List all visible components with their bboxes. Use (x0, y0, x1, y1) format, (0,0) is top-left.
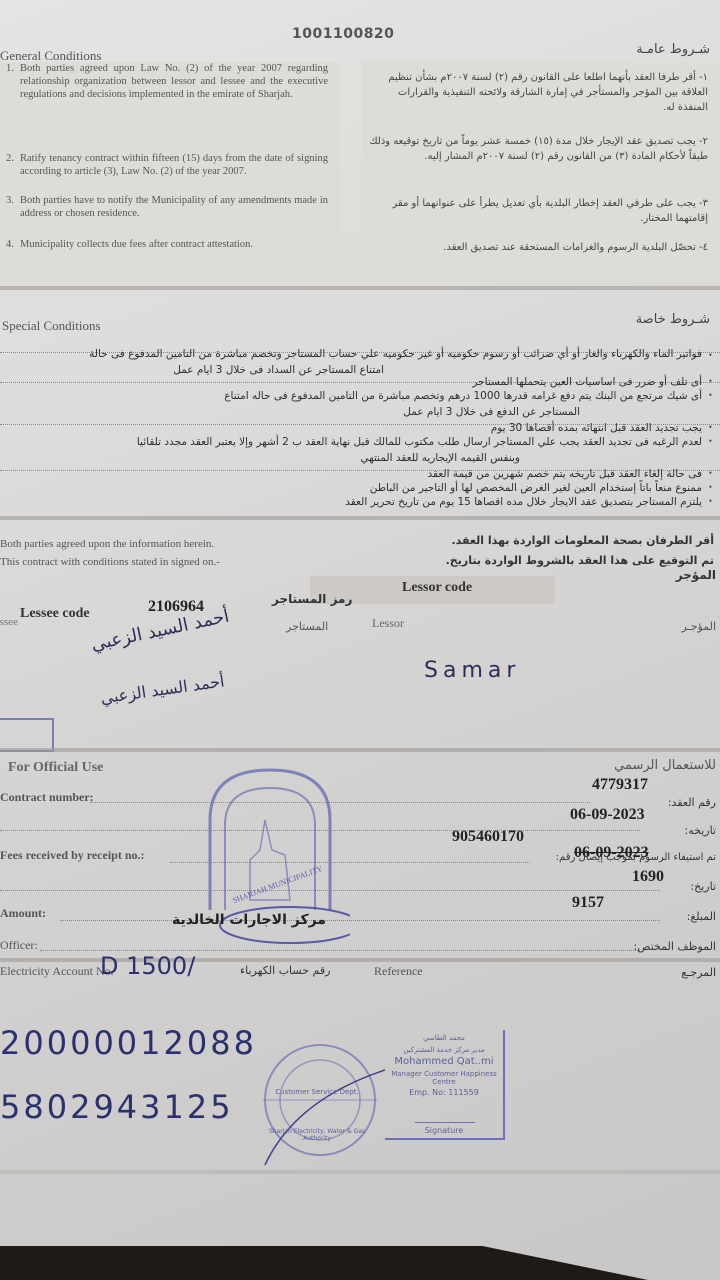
special-condition-line: يلتزم المستاجر بتصديق عقد الايجار خلال م… (345, 496, 702, 508)
officer-label-ar: الموظف المختص: (634, 940, 716, 953)
electricity-account-label-ar: رقم حساب الكهرباء (240, 964, 330, 977)
manager-title-ar: مدير مركز خدمة المشتركين (385, 1046, 503, 1054)
special-condition-line: وبنفس القيمه الإيجاريه للعقد المنتهي (360, 452, 520, 464)
lessor-code-label: Lessor code (402, 580, 472, 596)
handwritten-number-2: 5802943125 (0, 1088, 234, 1126)
special-conditions-title: Special Conditions (2, 318, 101, 334)
signature-label: Signature (385, 1126, 503, 1135)
contract-date-value: 06-09-2023 (570, 806, 645, 824)
official-use-title: For Official Use (8, 760, 103, 776)
lessor-label: Lessor (372, 616, 404, 631)
service-dept-stamp-icon (255, 1040, 385, 1170)
bullet-icon: • (709, 482, 712, 492)
special-condition-line: لعدم الرغبه فى تجديد العقد يجب علي المست… (137, 436, 702, 448)
general-condition-ar-4: ٤- تحصّل البلدية الرسوم والغرامات المستح… (368, 240, 708, 255)
agreement-text-2: This contract with conditions stated in … (0, 556, 220, 568)
special-condition-line: امتناع المستاجر عن السداد فى خلال 3 ايام… (173, 364, 384, 376)
lessee-code-label-ar: رمز المستاجر (272, 592, 352, 606)
special-condition-line: أى شيك مرتجع من البنك يتم دفع غرامه قدره… (224, 390, 702, 402)
special-condition-line: فواتير الماء والكهرباء والغاز أو أي ضرائ… (89, 348, 702, 360)
special-condition-line: يجب تجديد العقد قبل انتهائه بمده أقصاها … (491, 422, 702, 434)
reference-label-ar: المرجـع (681, 966, 716, 979)
bullet-icon: • (709, 350, 712, 360)
contract-number-label-ar: رقم العقد: (668, 796, 716, 809)
agreement-text-1: Both parties agreed upon the information… (0, 538, 214, 550)
general-condition-ar-3: ٣- يجب على طرفي العقد إخطار البلدية بأي … (368, 196, 708, 226)
employee-number: Emp. No: 111559 (385, 1088, 503, 1097)
agreement-text-ar-2: تم التوقيع على هذا العقد بالشروط الواردة… (446, 554, 714, 567)
bullet-icon: • (709, 468, 712, 478)
lessor-signature: Samar (424, 658, 520, 683)
amount-label: Amount: (0, 906, 46, 921)
lessor-heading-ar: المؤجر (676, 568, 716, 582)
dept-label: Customer Service Dept. (262, 1088, 372, 1096)
lessee-signature: أحمد السيد الزعبي (99, 671, 225, 707)
manager-title-en: Manager Customer Happiness Centre (385, 1070, 503, 1086)
secondary-amount-value: 9157 (572, 894, 604, 912)
special-condition-line: أى تلف أو ضرر فى اساسيات العين يتحملها ا… (472, 376, 702, 388)
handwritten-number-1: 20000012088 (0, 1024, 257, 1062)
general-condition-3: 3. Both parties have to notify the Munic… (20, 194, 328, 220)
divider (0, 286, 720, 290)
general-condition-ar-1: ١- أقر طرفا العقد بأنهما اطلعا على القان… (368, 70, 708, 115)
bullet-icon: • (709, 376, 712, 386)
agreement-text-ar-1: أقر الطرفان بصحة المعلومات الواردة بهذا … (451, 534, 714, 547)
electricity-account-label: Electricity Account No. (0, 964, 114, 979)
bullet-icon: • (709, 390, 712, 400)
special-conditions-title-ar: شـروط خاصة (636, 312, 710, 327)
divider (0, 748, 720, 752)
contract-document: 1001100820 General Conditions شـروط عامـ… (0, 0, 720, 1280)
receipt-date-value: 06-09-2023 (574, 844, 649, 862)
special-condition-line: المستاجر عن الدفع فى خلال 3 ايام عمل (403, 406, 580, 418)
divider (0, 516, 720, 520)
general-conditions-title-ar: شـروط عامـة (636, 42, 710, 57)
general-condition-1: 1. Both parties agreed upon Law No. (2) … (20, 62, 328, 101)
divider (0, 1170, 720, 1174)
authority-label: Sharjah Electricity, Water & Gas Authori… (262, 1128, 372, 1142)
lessee-label-ar: المستاجر (286, 620, 328, 633)
stamp-center-name: مركز الاجارات الخالدية (172, 912, 326, 928)
manager-name-en: Mohammed Qat..mi (385, 1056, 503, 1067)
amount-label-ar: المبلغ: (687, 910, 716, 923)
manager-signature-box: محمد الطاسي مدير مركز خدمة المشتركين Moh… (385, 1030, 505, 1140)
partial-stamp (0, 718, 54, 752)
special-condition-line: فى حالة إلغاء العقد قبل تاريخه يتم خصم ش… (427, 468, 702, 480)
lessor-label-ar: المؤجـر (681, 620, 716, 633)
document-number: 1001100820 (292, 26, 394, 42)
receipt-date-label-ar: تاريخ: (690, 880, 716, 893)
reference-label: Reference (374, 964, 423, 979)
lessee-label: Lessee (0, 616, 18, 628)
contract-number-value: 4779317 (592, 776, 648, 794)
contract-date-label-ar: تاريخه: (685, 824, 717, 837)
general-condition-2: 2. Ratify tenancy contract within fiftee… (20, 152, 328, 178)
general-condition-ar-2: ٢- يجب تصديق عقد الإيجار خلال مدة (١٥) خ… (368, 134, 708, 164)
lessee-code-label: Lessee code (20, 606, 90, 622)
contract-number-label: Contract number: (0, 790, 94, 805)
electricity-account-handwritten: D 1500/ (100, 952, 195, 980)
bullet-icon: • (709, 436, 712, 446)
official-use-title-ar: للاستعمال الرسمي (614, 758, 716, 773)
receipt-number-label: Fees received by receipt no.: (0, 848, 145, 863)
amount-value: 1690 (632, 868, 664, 886)
general-condition-4: 4. Municipality collects due fees after … (20, 238, 328, 251)
manager-name-ar: محمد الطاسي (385, 1034, 503, 1042)
general-conditions-en-box: 1. Both parties agreed upon Law No. (2) … (0, 62, 340, 282)
bullet-icon: • (709, 422, 712, 432)
general-conditions-ar-box: ١- أقر طرفا العقد بأنهما اطلعا على القان… (362, 62, 720, 282)
receipt-number-value: 905460170 (452, 828, 524, 846)
officer-label: Officer: (0, 938, 38, 953)
special-condition-line: ممنوع منعاً باتاً إستخدام العين لغير الغ… (370, 482, 702, 494)
bullet-icon: • (709, 496, 712, 506)
